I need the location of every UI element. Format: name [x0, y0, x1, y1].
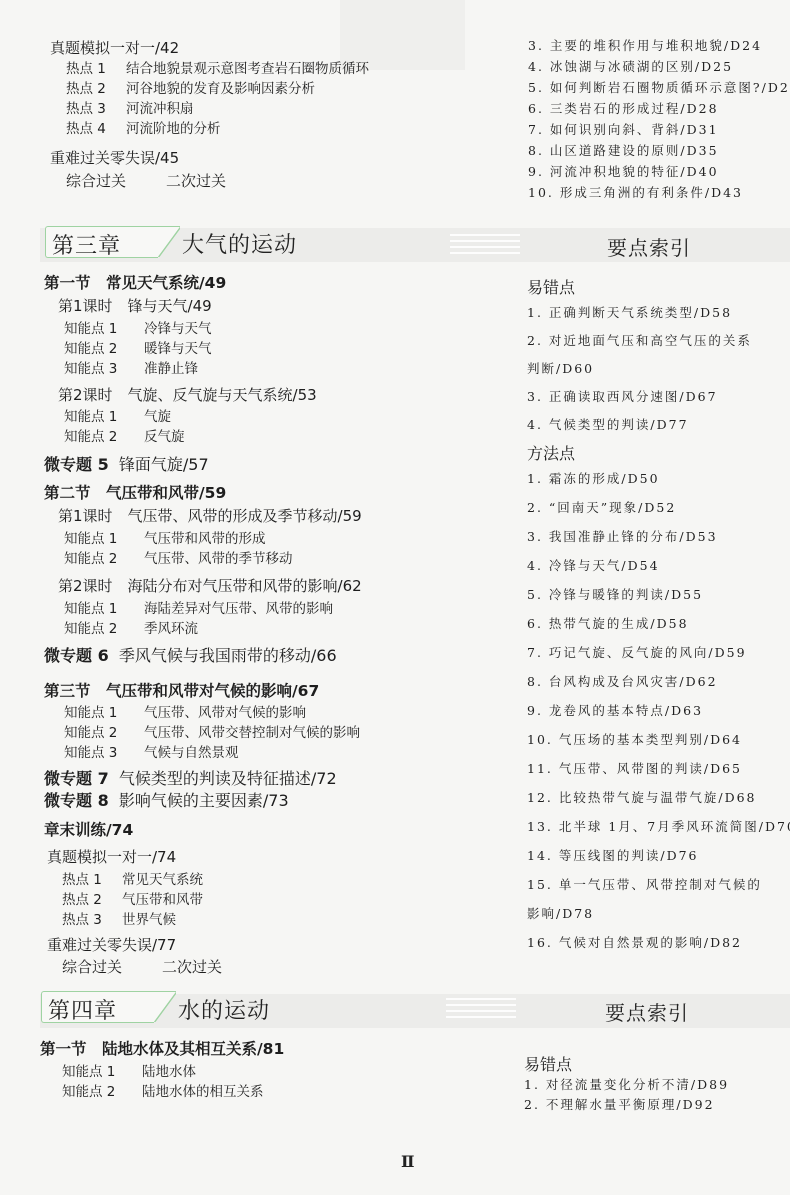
knowledge-point[interactable]: 知能点 1冷锋与天气: [64, 317, 212, 337]
toc-hotspot[interactable]: 热点 1常见天气系统: [62, 868, 203, 888]
index-item[interactable]: 11. 气压带、风带图的判读/D65: [527, 759, 742, 777]
knowledge-point[interactable]: 知能点 1气压带和风带的形成: [64, 527, 266, 547]
index-item[interactable]: 8. 山区道路建设的原则/D35: [528, 141, 719, 159]
section-title[interactable]: 第三节 气压带和风带对气候的影响/67: [44, 679, 319, 701]
index-item[interactable]: 1. 正确判断天气系统类型/D58: [527, 303, 732, 321]
index-item[interactable]: 15. 单一气压带、风带控制对气候的: [527, 875, 762, 893]
toc-review[interactable]: 重难过关零失误/77: [47, 934, 176, 955]
review-item-comprehensive[interactable]: 综合过关: [62, 958, 122, 976]
knowledge-point[interactable]: 知能点 3气候与自然景观: [64, 741, 239, 761]
index-error-heading: 易错点: [527, 275, 575, 298]
index-item[interactable]: 1. 霜冻的形成/D50: [527, 469, 660, 487]
toc-review-items: 综合过关二次过关: [66, 170, 226, 191]
index-title: 要点索引: [605, 997, 689, 1026]
micro-topic[interactable]: 微专题 5 锋面气旋/57: [44, 452, 209, 475]
decorative-lines: [450, 234, 520, 256]
index-item[interactable]: 6. 热带气旋的生成/D58: [527, 614, 689, 632]
chapter-training-title[interactable]: 章末训练/74: [44, 818, 133, 840]
knowledge-point[interactable]: 知能点 2暖锋与天气: [64, 337, 212, 357]
index-item[interactable]: 3. 主要的堆积作用与堆积地貌/D24: [528, 36, 762, 54]
toc-hotspot[interactable]: 热点 3河流冲积扇: [66, 97, 194, 117]
section-title[interactable]: 第一节 常见天气系统/49: [44, 271, 226, 293]
index-item[interactable]: 判断/D60: [527, 359, 594, 377]
knowledge-point[interactable]: 知能点 2气压带、风带的季节移动: [64, 547, 293, 567]
index-item[interactable]: 10. 气压场的基本类型判别/D64: [527, 730, 742, 748]
index-item[interactable]: 16. 气候对自然景观的影响/D82: [527, 933, 742, 951]
index-item[interactable]: 6. 三类岩石的形成过程/D28: [528, 99, 719, 117]
micro-topic[interactable]: 微专题 7 气候类型的判读及特征描述/72: [44, 766, 337, 789]
toc-hotspot[interactable]: 热点 3世界气候: [62, 908, 176, 928]
decorative-lines: [446, 998, 516, 1020]
knowledge-point[interactable]: 知能点 2陆地水体的相互关系: [62, 1080, 264, 1100]
knowledge-point[interactable]: 知能点 1海陆差异对气压带、风带的影响: [64, 597, 333, 617]
index-item[interactable]: 4. 冷锋与天气/D54: [527, 556, 660, 574]
index-item[interactable]: 7. 巧记气旋、反气旋的风向/D59: [527, 643, 747, 661]
toc-review-items: 综合过关二次过关: [62, 956, 222, 977]
index-item[interactable]: 影响/D78: [527, 904, 594, 922]
index-item[interactable]: 13. 北半球 1月、7月季风环流简图/D70: [527, 817, 790, 835]
index-item[interactable]: 2. 对近地面气压和高空气压的关系: [527, 331, 752, 349]
section-title[interactable]: 第一节 陆地水体及其相互关系/81: [40, 1037, 284, 1059]
toc-hotspot[interactable]: 热点 2河谷地貌的发育及影响因素分析: [66, 77, 315, 97]
index-item[interactable]: 3. 正确读取西风分速图/D67: [527, 387, 718, 405]
index-item[interactable]: 10. 形成三角洲的有利条件/D43: [528, 183, 743, 201]
index-error-heading: 易错点: [524, 1052, 572, 1075]
chapter-label: 第三章: [52, 229, 121, 260]
index-item[interactable]: 4. 气候类型的判读/D77: [527, 415, 689, 433]
lesson-title[interactable]: 第1课时 锋与天气/49: [58, 295, 212, 316]
index-item[interactable]: 9. 河流冲积地貌的特征/D40: [528, 162, 719, 180]
section-title[interactable]: 第二节 气压带和风带/59: [44, 481, 226, 503]
toc-hotspot[interactable]: 热点 2气压带和风带: [62, 888, 203, 908]
knowledge-point[interactable]: 知能点 1陆地水体: [62, 1060, 196, 1080]
index-item[interactable]: 2. “回南天”现象/D52: [527, 498, 676, 516]
chapter-label-box: 第四章: [41, 991, 154, 1023]
index-item[interactable]: 1. 对径流量变化分析不清/D89: [524, 1075, 729, 1093]
micro-topic[interactable]: 微专题 8 影响气候的主要因素/73: [44, 788, 289, 811]
index-title: 要点索引: [607, 232, 691, 261]
toc-hotspot[interactable]: 热点 4河流阶地的分析: [66, 117, 221, 137]
micro-topic[interactable]: 微专题 6 季风气候与我国雨带的移动/66: [44, 643, 337, 666]
toc-exam-practice[interactable]: 真题模拟一对一/74: [47, 846, 176, 867]
knowledge-point[interactable]: 知能点 3准静止锋: [64, 357, 198, 377]
review-item-comprehensive[interactable]: 综合过关: [66, 172, 126, 190]
index-method-heading: 方法点: [527, 441, 575, 464]
index-item[interactable]: 3. 我国准静止锋的分布/D53: [527, 527, 718, 545]
knowledge-point[interactable]: 知能点 1气压带、风带对气候的影响: [64, 701, 306, 721]
chapter-title[interactable]: 大气的运动: [182, 228, 297, 259]
index-item[interactable]: 5. 冷锋与暖锋的判读/D55: [527, 585, 703, 603]
index-item[interactable]: 8. 台风构成及台风灾害/D62: [527, 672, 718, 690]
page-number: Ⅱ: [401, 1152, 414, 1171]
index-item[interactable]: 7. 如何识别向斜、背斜/D31: [528, 120, 719, 138]
knowledge-point[interactable]: 知能点 1气旋: [64, 405, 171, 425]
review-item-second[interactable]: 二次过关: [166, 172, 226, 190]
knowledge-point[interactable]: 知能点 2季风环流: [64, 617, 198, 637]
toc-review[interactable]: 重难过关零失误/45: [50, 147, 179, 168]
knowledge-point[interactable]: 知能点 2反气旋: [64, 425, 185, 445]
toc-hotspot[interactable]: 热点 1结合地貌景观示意图考查岩石圈物质循环: [66, 57, 369, 77]
lesson-title[interactable]: 第2课时 海陆分布对气压带和风带的影响/62: [58, 575, 362, 596]
lesson-title[interactable]: 第1课时 气压带、风带的形成及季节移动/59: [58, 505, 362, 526]
knowledge-point[interactable]: 知能点 2气压带、风带交替控制对气候的影响: [64, 721, 360, 741]
lesson-title[interactable]: 第2课时 气旋、反气旋与天气系统/53: [58, 384, 317, 405]
review-item-second[interactable]: 二次过关: [162, 958, 222, 976]
index-item[interactable]: 5. 如何判断岩石圈物质循环示意图?/D27: [528, 78, 790, 96]
chapter-label-box: 第三章: [45, 226, 158, 258]
index-item[interactable]: 4. 冰蚀湖与冰碛湖的区别/D25: [528, 57, 733, 75]
index-item[interactable]: 2. 不理解水量平衡原理/D92: [524, 1095, 715, 1113]
index-item[interactable]: 9. 龙卷风的基本特点/D63: [527, 701, 703, 719]
chapter-title[interactable]: 水的运动: [178, 994, 270, 1025]
chapter-label: 第四章: [48, 994, 117, 1025]
index-item[interactable]: 14. 等压线图的判读/D76: [527, 846, 699, 864]
index-item[interactable]: 12. 比较热带气旋与温带气旋/D68: [527, 788, 757, 806]
toc-exam-practice[interactable]: 真题模拟一对一/42: [50, 37, 179, 58]
